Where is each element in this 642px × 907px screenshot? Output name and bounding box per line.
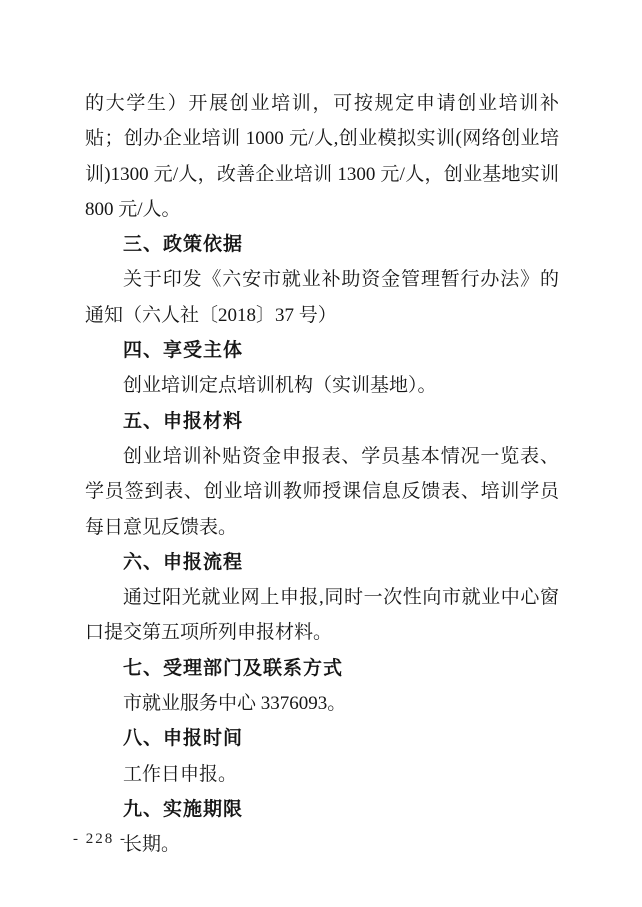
section-heading: 三、政策依据 [85,227,559,262]
paragraph: 创业培训补贴资金申报表、学员基本情况一览表、学员签到表、创业培训教师授课信息反馈… [85,439,559,545]
paragraph: 创业培训定点培训机构（实训基地）。 [85,368,559,403]
section-heading: 五、申报材料 [85,404,559,439]
paragraph: 长期。 [85,827,559,862]
paragraph: 市就业服务中心 3376093。 [85,686,559,721]
page-number: - 228 - [73,831,127,848]
document-page: 的大学生）开展创业培训，可按规定申请创业培训补贴；创办企业培训 1000 元/人… [0,0,642,907]
paragraph: 工作日申报。 [85,757,559,792]
section-heading: 六、申报流程 [85,545,559,580]
section-heading: 四、享受主体 [85,333,559,368]
section-heading: 七、受理部门及联系方式 [85,651,559,686]
paragraph: 的大学生）开展创业培训，可按规定申请创业培训补贴；创办企业培训 1000 元/人… [85,86,559,227]
document-body: 的大学生）开展创业培训，可按规定申请创业培训补贴；创办企业培训 1000 元/人… [85,86,559,863]
section-heading: 八、申报时间 [85,721,559,756]
paragraph: 关于印发《六安市就业补助资金管理暂行办法》的通知（六人社〔2018〕37 号） [85,262,559,333]
paragraph: 通过阳光就业网上申报,同时一次性向市就业中心窗口提交第五项所列申报材料。 [85,580,559,651]
section-heading: 九、实施期限 [85,792,559,827]
